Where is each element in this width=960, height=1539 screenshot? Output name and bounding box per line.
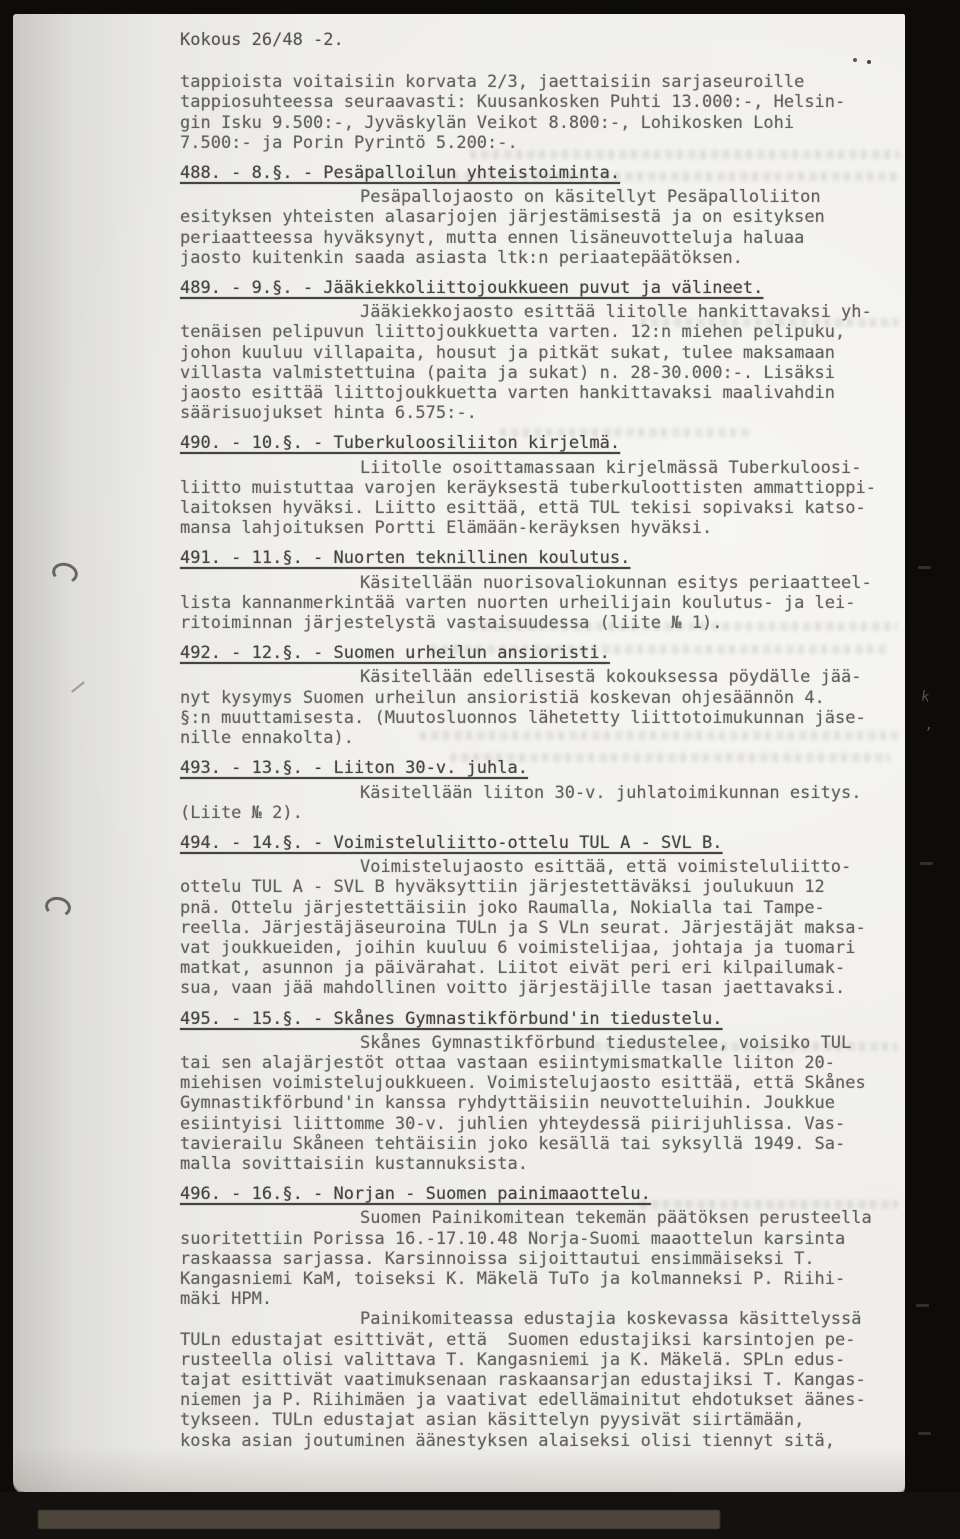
document-text-column: Kokous 26/48 -2. tappioista voitaisiin k… — [180, 30, 920, 1451]
section-491: 491. - 11.§. - Nuorten teknillinen koulu… — [180, 548, 920, 633]
section-paragraph: Suomen Painikomitean tekemän päätöksen p… — [180, 1208, 920, 1309]
section-493: 493. - 13.§. - Liiton 30-v. juhla. Käsit… — [180, 758, 920, 823]
section-heading: 493. - 13.§. - Liiton 30-v. juhla. — [180, 758, 528, 778]
section-496: 496. - 16.§. - Norjan - Suomen painimaao… — [180, 1184, 920, 1451]
meeting-header: Kokous 26/48 -2. — [180, 30, 920, 50]
section-489: 489. - 9.§. - Jääkiekkoliittojoukkueen p… — [180, 278, 920, 423]
section-paragraph: Jääkiekkojaosto esittää liitolle hankitt… — [180, 302, 920, 423]
section-heading: 492. - 12.§. - Suomen urheilun ansiorist… — [180, 643, 610, 663]
section-490: 490. - 10.§. - Tuberkuloosiliiton kirjel… — [180, 433, 920, 538]
section-heading: 489. - 9.§. - Jääkiekkoliittojoukkueen p… — [180, 278, 763, 298]
stack-ink-dash — [920, 862, 933, 865]
section-heading: 495. - 15.§. - Skånes Gymnastikförbund'i… — [180, 1009, 722, 1029]
section-paragraph: Liitolle osoittamassaan kirjelmässä Tube… — [180, 458, 920, 539]
section-495: 495. - 15.§. - Skånes Gymnastikförbund'i… — [180, 1009, 920, 1175]
section-paragraph: Painikomiteassa edustajia koskevassa käs… — [180, 1309, 920, 1450]
table-edge-highlight — [38, 1510, 720, 1529]
section-494: 494. - 14.§. - Voimisteluliitto-ottelu T… — [180, 833, 920, 999]
section-paragraph: Käsitellään nuorisovaliokunnan esitys pe… — [180, 573, 920, 634]
section-paragraph: Skånes Gymnastikförbund tiedustelee, voi… — [180, 1033, 920, 1174]
section-paragraph: Käsitellään edellisestä kokouksessa pöyd… — [180, 667, 920, 748]
intro-paragraph: tappioista voitaisiin korvata 2/3, jaett… — [180, 72, 920, 153]
section-heading: 488. - 8.§. - Pesäpalloilun yhteistoimin… — [180, 163, 620, 183]
section-492: 492. - 12.§. - Suomen urheilun ansiorist… — [180, 643, 920, 748]
section-paragraph: Voimistelujaosto esittää, että voimistel… — [180, 857, 920, 998]
section-488: 488. - 8.§. - Pesäpalloilun yhteistoimin… — [180, 163, 920, 268]
scanned-minutes-photo: { "document": { "meeting_header": "Kokou… — [0, 0, 960, 1539]
section-paragraph: Pesäpallojaosto on käsitellyt Pesäpallol… — [180, 187, 920, 268]
section-heading: 494. - 14.§. - Voimisteluliitto-ottelu T… — [180, 833, 722, 853]
section-paragraph: Käsitellään liiton 30-v. juhlatoimikunna… — [180, 783, 920, 823]
section-heading: 496. - 16.§. - Norjan - Suomen painimaao… — [180, 1184, 651, 1204]
stray-mark-comma: , — [924, 718, 934, 733]
section-heading: 490. - 10.§. - Tuberkuloosiliiton kirjel… — [180, 433, 620, 453]
section-heading: 491. - 11.§. - Nuorten teknillinen koulu… — [180, 548, 630, 568]
